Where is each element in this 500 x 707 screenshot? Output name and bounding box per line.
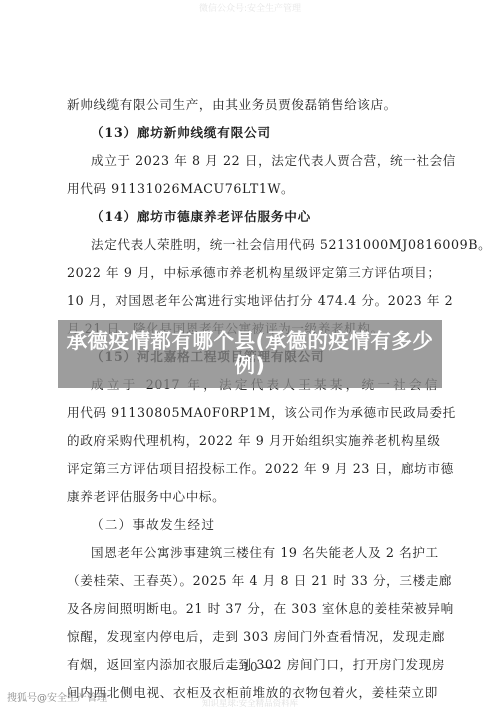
paragraph-line: （姜桂荣、王春英）。2025 年 4 月 8 日 21 时 33 分，三楼走廊 (67, 567, 438, 595)
paragraph-line: 法定代表人荣胜明，统一社会信用代码 52131000MJ0816009B。 (67, 231, 438, 259)
section-heading-14: （14）廊坊市德康养老评估服务中心 (67, 203, 438, 231)
overlay-title: 承德疫情都有哪个县(承德的疫情有多少例) (58, 320, 442, 388)
page-number: — 10 — (0, 660, 500, 674)
watermark-bottom-center: 知识星球:安全精品资料库 (0, 697, 500, 707)
paragraph-line: 10 月，对国恩老年公寓进行实地评估打分 474.4 分。2023 年 2 (67, 287, 438, 315)
paragraph-line: 用代码 91130805MA0F0RP1M，该公司作为承德市民政局委托 (67, 399, 438, 427)
paragraph-line: 国恩老年公寓涉事建筑三楼住有 19 名失能老人及 2 名护工 (67, 539, 438, 567)
watermark-top: 微信公众号:安全生产管理 (0, 1, 500, 14)
paragraph-line: 康养老评估服务中心中标。 (67, 483, 438, 511)
paragraph-line: 惊醒，发现室内停电后，走到 303 房间门外查看情况，发现走廊 (67, 623, 438, 651)
subsection-heading: （二）事故发生经过 (67, 511, 438, 539)
section-heading-13: （13）廊坊新帅线缆有限公司 (67, 119, 438, 147)
paragraph-line: 及各房间照明断电。21 时 37 分，在 303 室休息的姜桂荣被异响 (67, 595, 438, 623)
paragraph-line: 评定第三方评估项目招投标工作。2022 年 9 月 23 日，廊坊市德 (67, 455, 438, 483)
paragraph-line: 新帅线缆有限公司生产，由其业务员贾俊磊销售给该店。 (67, 91, 438, 119)
document-page: 新帅线缆有限公司生产，由其业务员贾俊磊销售给该店。 （13）廊坊新帅线缆有限公司… (67, 91, 438, 707)
paragraph-line: 的政府采购代理机构，2022 年 9 月开始组织实施养老机构星级 (67, 427, 438, 455)
paragraph-line: 2022 年 9 月，中标承德市养老机构星级评定第三方评估项目； (67, 259, 438, 287)
paragraph-line: 成立于 2023 年 8 月 22 日，法定代表人贾合营，统一社会信 (67, 147, 438, 175)
paragraph-line: 用代码 91131026MACU76LT1W。 (67, 175, 438, 203)
